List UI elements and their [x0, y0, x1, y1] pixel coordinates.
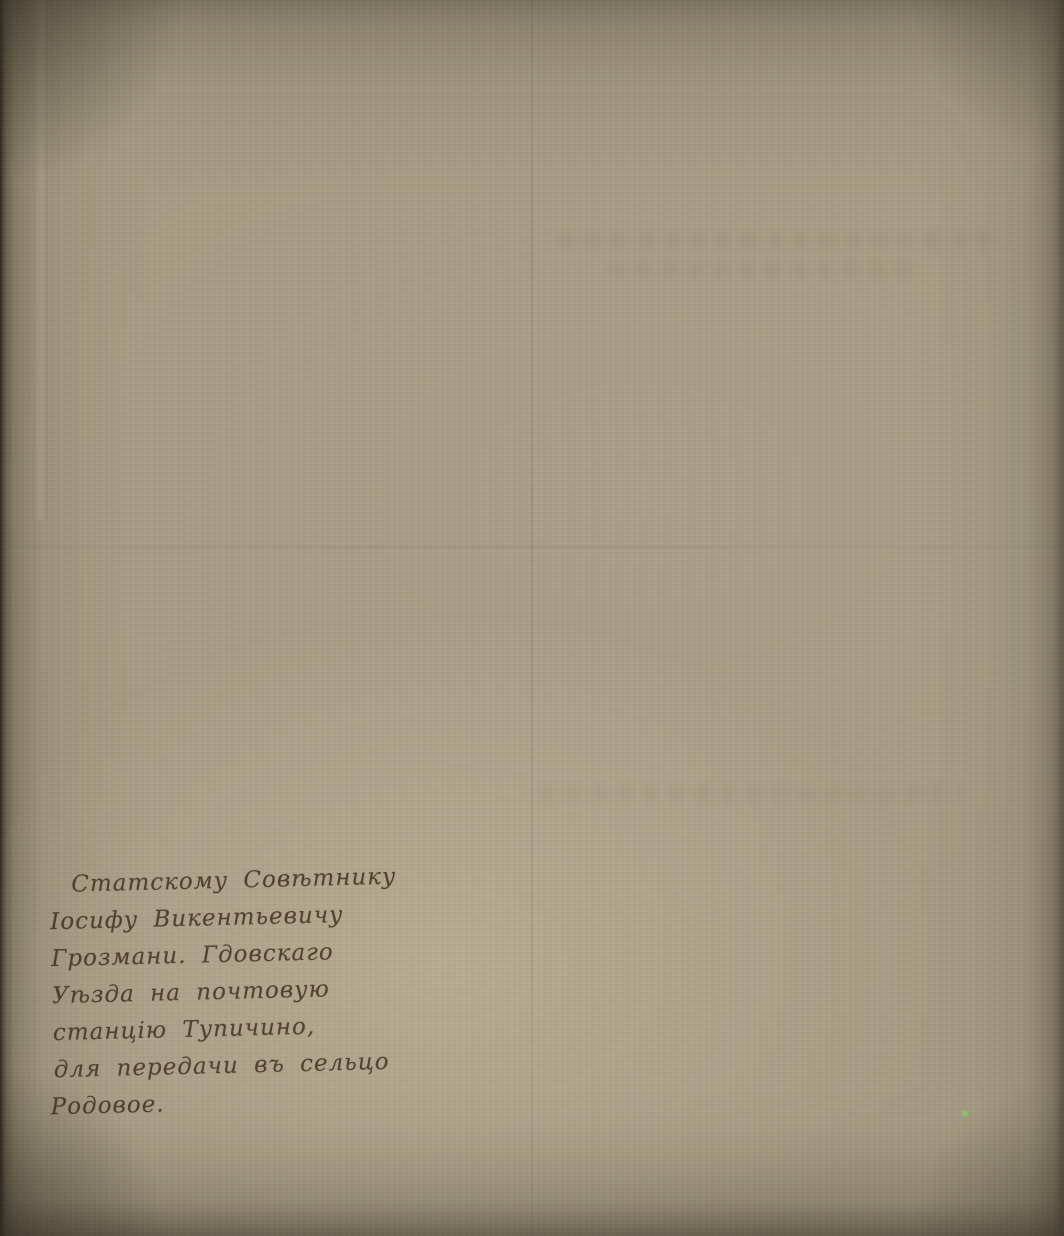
vertical-crease: [531, 0, 533, 1236]
scanned-page: Статскому Совѣтнику Іосифу Викентьевичу …: [0, 0, 1064, 1236]
bleedthrough-smudge: [560, 232, 990, 248]
sheet-edge-highlight: [34, 0, 48, 520]
bleedthrough-smudge: [610, 262, 910, 276]
horizontal-crease: [0, 546, 1064, 548]
green-speck: [962, 1111, 967, 1116]
handwritten-address-block: Статскому Совѣтнику Іосифу Викентьевичу …: [49, 857, 475, 1126]
bleedthrough-smudge: [540, 786, 960, 802]
